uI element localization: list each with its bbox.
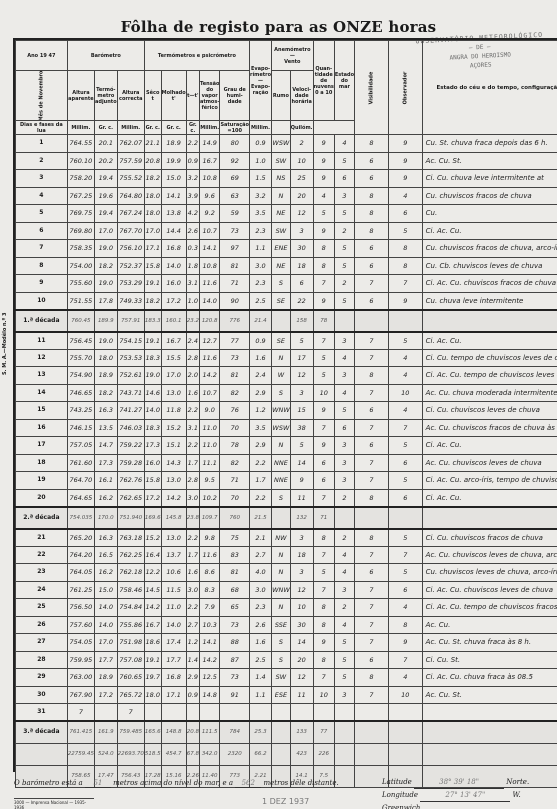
vel-cell: 132	[290, 507, 313, 529]
mar-cell: 3	[334, 581, 354, 599]
tensao-cell: 8.3	[199, 581, 219, 599]
mar-cell: 5	[334, 205, 354, 223]
barometer-height: 51	[85, 779, 111, 788]
term-cell: 20.1	[95, 135, 118, 153]
seco-cell: 16.4	[144, 546, 161, 564]
seco-cell: 165.6	[144, 721, 161, 743]
hum-cell: 71	[220, 472, 250, 490]
diff-cell: 0.3	[186, 240, 199, 258]
molh-cell: 13.0	[161, 472, 186, 490]
rumo-cell: S	[272, 384, 291, 402]
day-row: 2760.1020.2757.5920.819.90.916.7921.0SW1…	[16, 152, 557, 170]
day-row: 1764.5520.1762.0721.118.92.214.9800.9WSW…	[16, 135, 557, 153]
header-thermometers: Termómetros e psicrómetro	[144, 41, 249, 71]
vis-cell	[355, 721, 389, 743]
term-cell: 14.7	[95, 437, 118, 455]
hum-cell: 91	[220, 686, 250, 704]
sky-description: Ci. Ac. Cu. tempo de chuviscos leves de …	[422, 367, 557, 385]
nuv-cell: 6	[313, 454, 334, 472]
day-cell: 30	[16, 686, 68, 704]
mar-cell: 5	[334, 651, 354, 669]
molh-cell: 15.0	[161, 170, 186, 188]
hum-cell: 73	[220, 349, 250, 367]
sky-description: Ci. Cu. chuva leve intermitente at	[422, 170, 557, 188]
evap-cell: 25.3	[249, 721, 271, 743]
obs-cell: 7	[388, 651, 422, 669]
barometer-suffix: metros dêle distante.	[264, 779, 339, 787]
obs-cell	[388, 704, 422, 722]
alt_ap-cell: 760.45	[67, 310, 94, 332]
alt_cor-cell: 767.24	[117, 205, 144, 223]
tensao-cell: 10.8	[199, 170, 219, 188]
hum-cell: 82	[220, 384, 250, 402]
term-cell: 16.2	[95, 489, 118, 507]
vis-cell: 7	[355, 686, 389, 704]
rumo-cell: ENE	[272, 240, 291, 258]
header-wind-direction: Rumo	[272, 71, 291, 121]
evap-cell: 2.3	[249, 222, 271, 240]
vis-cell: 8	[355, 222, 389, 240]
day-cell: 22	[16, 546, 68, 564]
term-cell: 13.5	[95, 419, 118, 437]
tensao-cell: 11.1	[199, 454, 219, 472]
vel-cell: 38	[290, 419, 313, 437]
mar-cell: 3	[334, 367, 354, 385]
obs-cell: 9	[388, 135, 422, 153]
month-label: Mês de Novembro	[38, 71, 44, 121]
vel-cell: 12	[290, 669, 313, 687]
header-corrected-height: Altura correcta	[117, 71, 144, 121]
seco-cell: 18.3	[144, 419, 161, 437]
alt_cor-cell: 22693.70	[117, 743, 144, 765]
vel-cell: 12	[290, 581, 313, 599]
alt_cor-cell: 762.25	[117, 546, 144, 564]
diff-cell: 2.2	[186, 437, 199, 455]
alt_ap-cell: 22759.45	[67, 743, 94, 765]
header-clouds: Quan-tidade de nuvens 0 a 10	[313, 41, 334, 121]
mar-cell: 2	[334, 599, 354, 617]
tensao-cell: 9.0	[199, 402, 219, 420]
rumo-cell: WNW	[272, 581, 291, 599]
sky-description: Ci. Cu. chuviscos fracos de chuva	[422, 529, 557, 547]
evap-cell: 0.9	[249, 135, 271, 153]
day-row: 7758.3519.0756.1017.116.80.314.1971.1ENE…	[16, 240, 557, 258]
rumo-cell	[272, 507, 291, 529]
vel-cell: 9	[290, 472, 313, 490]
vis-cell: 6	[355, 564, 389, 582]
term-cell: 18.0	[95, 349, 118, 367]
register-sheet: Ano 19 47 Barómetro Termómetros e psicró…	[13, 38, 557, 772]
mar-cell: 4	[334, 349, 354, 367]
rumo-cell: NW	[272, 529, 291, 547]
molh-cell: 15.5	[161, 349, 186, 367]
unit-cell: Millim.	[249, 121, 271, 135]
term-cell: 170.0	[95, 507, 118, 529]
nuv-cell: 8	[313, 599, 334, 617]
mar-cell: 3	[334, 454, 354, 472]
vis-cell: 7	[355, 616, 389, 634]
vel-cell: 10	[290, 152, 313, 170]
day-row: 27754.0517.0751.9818.617.41.214.1881.6S1…	[16, 634, 557, 652]
nuv-cell: 226	[313, 743, 334, 765]
vis-cell: 6	[355, 152, 389, 170]
alt_cor-cell: 756.10	[117, 240, 144, 258]
day-cell: 24	[16, 581, 68, 599]
alt_ap-cell: 764.05	[67, 564, 94, 582]
mar-cell: 2	[334, 275, 354, 293]
rumo-cell: N	[272, 599, 291, 617]
seco-cell: 18.3	[144, 349, 161, 367]
seco-cell: 18.2	[144, 292, 161, 310]
vel-cell: 6	[290, 275, 313, 293]
visibility-label: Visibilidade	[368, 71, 374, 104]
sky-description: Ac. Cu. chuviscos fracos de chuva às 7 h…	[422, 419, 557, 437]
term-cell: 16.5	[95, 546, 118, 564]
hum-cell: 81	[220, 564, 250, 582]
day-row: 23764.0516.2762.1812.210.61.68.6814.0N35…	[16, 564, 557, 582]
obs-cell	[388, 743, 422, 765]
nuv-cell: 9	[313, 437, 334, 455]
seco-cell: 17.0	[144, 222, 161, 240]
diff-cell: 3.9	[186, 187, 199, 205]
diff-cell: 3.0	[186, 581, 199, 599]
diff-cell: 2.2	[186, 529, 199, 547]
mar-cell: 5	[334, 257, 354, 275]
alt_ap-cell: 764.65	[67, 489, 94, 507]
molh-cell: 15.2	[161, 419, 186, 437]
seco-cell: 18.0	[144, 187, 161, 205]
alt_cor-cell: 759.22	[117, 437, 144, 455]
header-humidity: Grau de humi-dade	[220, 71, 250, 121]
diff-cell: 3.1	[186, 275, 199, 293]
day-row: 25756.5014.0754.8414.211.02.27.9652.3N10…	[16, 599, 557, 617]
vel-cell: 20	[290, 187, 313, 205]
day-row: 15743.2516.3741.2714.011.82.29.0761.2WNW…	[16, 402, 557, 420]
summary-row: 2.ª década754.035170.0751.940169.6145.82…	[16, 507, 557, 529]
tensao-cell: 11.0	[199, 437, 219, 455]
diff-cell: 2.6	[186, 222, 199, 240]
day-cell	[16, 743, 68, 765]
molh-cell: 17.0	[161, 367, 186, 385]
tensao-cell: 16.7	[199, 152, 219, 170]
header-evaporimeter: Evapo-rímetro — Evapo-ração	[249, 41, 271, 121]
sky-description: Ci. Ac. Cu.	[422, 489, 557, 507]
sky-description: Ci. Cu. St.	[422, 651, 557, 669]
vel-cell: 5	[290, 437, 313, 455]
day-cell: 29	[16, 669, 68, 687]
mar-cell: 2	[334, 489, 354, 507]
unit-cell: Millim.	[199, 121, 219, 135]
day-row: 13754.9018.9752.6119.017.02.014.2812.4W1…	[16, 367, 557, 385]
hum-cell: 73	[220, 669, 250, 687]
evap-cell: 1.4	[249, 669, 271, 687]
alt_ap-cell: 764.70	[67, 472, 94, 490]
seco-cell: 518.5	[144, 743, 161, 765]
molh-cell: 14.3	[161, 454, 186, 472]
alt_cor-cell: 752.37	[117, 257, 144, 275]
obs-cell: 9	[388, 170, 422, 188]
vis-cell: 7	[355, 384, 389, 402]
diff-cell: 2.4	[186, 332, 199, 350]
nuv-cell: 5	[313, 205, 334, 223]
register-table: Ano 19 47 Barómetro Termómetros e psicró…	[15, 40, 557, 788]
hum-cell: 784	[220, 721, 250, 743]
day-row: 3758.2019.4755.5218.215.03.210.8691.5NS2…	[16, 170, 557, 188]
alt_cor-cell: 752.61	[117, 367, 144, 385]
day-row: 10751.5517.8749.3318.217.21.014.0902.5SE…	[16, 292, 557, 310]
sky-description: Ci. Ac. Cu. arco-íris, tempo de chuvisco…	[422, 472, 557, 490]
vel-cell: 11	[290, 489, 313, 507]
hum-cell: 776	[220, 310, 250, 332]
header-year: Ano 19 47	[16, 41, 68, 71]
vel-cell: 3	[290, 529, 313, 547]
alt_cor-cell: 754.15	[117, 332, 144, 350]
hum-cell: 73	[220, 616, 250, 634]
day-cell: 3.ª década	[16, 721, 68, 743]
sky-description: Cu. chuviscos fracos de chuva, arco-íris	[422, 240, 557, 258]
rumo-cell: NE	[272, 257, 291, 275]
molh-cell: 17.2	[161, 292, 186, 310]
rumo-cell: NNE	[272, 472, 291, 490]
rumo-cell: N	[272, 437, 291, 455]
vel-cell: 30	[290, 616, 313, 634]
hum-cell: 77	[220, 332, 250, 350]
evap-cell: 2.7	[249, 546, 271, 564]
molh-cell: 148.8	[161, 721, 186, 743]
day-cell: 6	[16, 222, 68, 240]
unit-cell: Gr. c.	[161, 121, 186, 135]
tensao-cell: 14.8	[199, 686, 219, 704]
term-cell: 16.1	[95, 472, 118, 490]
diff-cell: 2.8	[186, 349, 199, 367]
hum-cell: 81	[220, 367, 250, 385]
vis-cell: 7	[355, 634, 389, 652]
nuv-cell: 5	[313, 564, 334, 582]
day-row: 9755.6019.0753.2919.116.03.111.6712.3S67…	[16, 275, 557, 293]
molh-cell: 16.7	[161, 332, 186, 350]
diff-cell: 2.2	[186, 135, 199, 153]
tensao-cell: 14.2	[199, 367, 219, 385]
seco-cell: 12.2	[144, 564, 161, 582]
term-cell: 17.0	[95, 634, 118, 652]
vis-cell: 8	[355, 367, 389, 385]
day-cell: 27	[16, 634, 68, 652]
day-cell: 14	[16, 384, 68, 402]
hum-cell: 81	[220, 257, 250, 275]
hum-cell: 71	[220, 275, 250, 293]
alt_cor-cell: 762.07	[117, 135, 144, 153]
seco-cell: 14.6	[144, 384, 161, 402]
diff-cell: 3.1	[186, 419, 199, 437]
term-cell: 14.0	[95, 616, 118, 634]
alt_ap-cell: 767.25	[67, 187, 94, 205]
vis-cell: 7	[355, 546, 389, 564]
obs-cell: 8	[388, 616, 422, 634]
vel-cell: 17	[290, 349, 313, 367]
diff-cell: 1.6	[186, 384, 199, 402]
sky-description: Ac. Cu. chuviscos leves de chuva, arco-í…	[422, 546, 557, 564]
hum-cell: 78	[220, 437, 250, 455]
latitude-suffix: Norte.	[506, 778, 529, 786]
molh-cell: 14.4	[161, 222, 186, 240]
alt_cor-cell: 763.18	[117, 529, 144, 547]
vis-cell: 8	[355, 135, 389, 153]
day-row: 29763.0018.9760.6519.716.82.912.5731.4SW…	[16, 669, 557, 687]
molh-cell: 160.1	[161, 310, 186, 332]
term-cell: 16.3	[95, 402, 118, 420]
vis-cell: 7	[355, 332, 389, 350]
day-cell: 26	[16, 616, 68, 634]
sky-description: Ac. Cu.	[422, 616, 557, 634]
rumo-cell: NE	[272, 205, 291, 223]
day-cell: 4	[16, 187, 68, 205]
diff-cell: 23.2	[186, 310, 199, 332]
hum-cell	[220, 704, 250, 722]
nuv-cell: 71	[313, 507, 334, 529]
day-cell: 10	[16, 292, 68, 310]
obs-cell: 9	[388, 152, 422, 170]
vis-cell: 6	[355, 292, 389, 310]
alt_ap-cell: 756.50	[67, 599, 94, 617]
term-cell: 19.0	[95, 332, 118, 350]
nuv-cell: 9	[313, 292, 334, 310]
alt_ap-cell: 761.25	[67, 581, 94, 599]
hum-cell: 90	[220, 292, 250, 310]
molh-cell: 15.1	[161, 437, 186, 455]
rumo-cell: SW	[272, 222, 291, 240]
sky-description: Ci. Ac. Cu. chuviscos leves de chuva	[422, 581, 557, 599]
alt_cor-cell: 755.86	[117, 616, 144, 634]
day-row: 24761.2515.0758.4614.511.53.08.3683.0WNW…	[16, 581, 557, 599]
diff-cell: 1.6	[186, 564, 199, 582]
vel-cell: 423	[290, 743, 313, 765]
term-cell: 18.2	[95, 384, 118, 402]
day-cell: 1.ª década	[16, 310, 68, 332]
alt_cor-cell: 751.940	[117, 507, 144, 529]
obs-cell: 4	[388, 669, 422, 687]
alt_cor-cell: 767.70	[117, 222, 144, 240]
alt_cor-cell: 741.27	[117, 402, 144, 420]
term-cell: 524.0	[95, 743, 118, 765]
sky-description: Cu. chuviscos fracos de chuva	[422, 187, 557, 205]
barometer-distance: 562	[235, 779, 261, 788]
nuv-cell: 7	[313, 275, 334, 293]
unit-cell: Gr. c.	[95, 121, 118, 135]
diff-cell: 2.8	[186, 472, 199, 490]
diff-cell: 0.9	[186, 152, 199, 170]
alt_cor-cell: 759.485	[117, 721, 144, 743]
obs-cell: 7	[388, 419, 422, 437]
nuv-cell: 7	[313, 669, 334, 687]
diff-cell: 1.7	[186, 454, 199, 472]
seco-cell: 17.3	[144, 437, 161, 455]
rumo-cell: SE	[272, 292, 291, 310]
rumo-cell: N	[272, 564, 291, 582]
seco-cell: 18.6	[144, 634, 161, 652]
molh-cell: 11.5	[161, 581, 186, 599]
alt_ap-cell: 755.70	[67, 349, 94, 367]
term-cell: 17.8	[95, 292, 118, 310]
tensao-cell: 10.2	[199, 489, 219, 507]
header-t-diff: t—t'	[186, 71, 199, 121]
tensao-cell: 9.2	[199, 205, 219, 223]
mar-cell: 3	[334, 472, 354, 490]
seco-cell: 14.0	[144, 402, 161, 420]
seco-cell: 14.5	[144, 581, 161, 599]
evap-cell: 2.3	[249, 275, 271, 293]
molh-cell: 17.1	[161, 686, 186, 704]
alt_ap-cell: 758.20	[67, 170, 94, 188]
obs-cell: 8	[388, 240, 422, 258]
alt_cor-cell: 762.76	[117, 472, 144, 490]
evap-cell: 1.6	[249, 349, 271, 367]
sky-description: Ac. Cu. St. chuva fraca às 8 h.	[422, 634, 557, 652]
header-sea-state: Estado do mar	[334, 41, 354, 121]
diff-cell: 23.8	[186, 507, 199, 529]
seco-cell: 19.1	[144, 275, 161, 293]
alt_ap-cell: 757.60	[67, 616, 94, 634]
hum-cell: 2320	[220, 743, 250, 765]
hum-cell: 82	[220, 454, 250, 472]
seco-cell: 19.7	[144, 669, 161, 687]
day-cell: 1	[16, 135, 68, 153]
day-cell: 23	[16, 564, 68, 582]
hum-cell: 88	[220, 634, 250, 652]
sky-description: Ac. Cu. St.	[422, 686, 557, 704]
molh-cell: 14.1	[161, 187, 186, 205]
hum-cell: 87	[220, 651, 250, 669]
tensao-cell: 14.0	[199, 292, 219, 310]
sky-description: Ci. Ac. Cu.	[422, 437, 557, 455]
evap-cell: 1.0	[249, 152, 271, 170]
vis-cell: 7	[355, 454, 389, 472]
sky-description	[422, 310, 557, 332]
unit-cell: Quilóm.	[290, 121, 313, 135]
sky-description: Cu. St. chuva fraca depois das 6 h.	[422, 135, 557, 153]
day-cell: 8	[16, 257, 68, 275]
alt_cor-cell: 743.71	[117, 384, 144, 402]
day-cell: 7	[16, 240, 68, 258]
mar-cell: 4	[334, 135, 354, 153]
nuv-cell: 8	[313, 257, 334, 275]
alt_ap-cell: 759.95	[67, 651, 94, 669]
obs-cell: 6	[388, 581, 422, 599]
nuv-cell: 9	[313, 170, 334, 188]
mar-cell: 5	[334, 240, 354, 258]
nuv-cell: 9	[313, 402, 334, 420]
obs-cell	[388, 310, 422, 332]
diff-cell: 4.2	[186, 205, 199, 223]
diff-cell: 2.9	[186, 669, 199, 687]
tensao-cell	[199, 704, 219, 722]
molh-cell: 11.0	[161, 599, 186, 617]
tensao-cell: 12.5	[199, 669, 219, 687]
vel-cell: 18	[290, 546, 313, 564]
alt_ap-cell: 755.60	[67, 275, 94, 293]
rumo-cell: S	[272, 651, 291, 669]
alt_ap-cell: 763.00	[67, 669, 94, 687]
alt_ap-cell: 743.25	[67, 402, 94, 420]
seco-cell: 15.8	[144, 257, 161, 275]
molh-cell: 13.8	[161, 205, 186, 223]
day-row: 17757.0514.7759.2217.315.12.211.0782.9N5…	[16, 437, 557, 455]
vis-cell: 7	[355, 349, 389, 367]
coordinates: Latitude 38° 39' 18" Norte. Longitude 27…	[382, 776, 557, 809]
molh-cell: 17.7	[161, 651, 186, 669]
day-row: 30767.9017.2765.7218.017.10.914.8911.1ES…	[16, 686, 557, 704]
evap-cell: 21.5	[249, 507, 271, 529]
term-cell: 16.2	[95, 564, 118, 582]
